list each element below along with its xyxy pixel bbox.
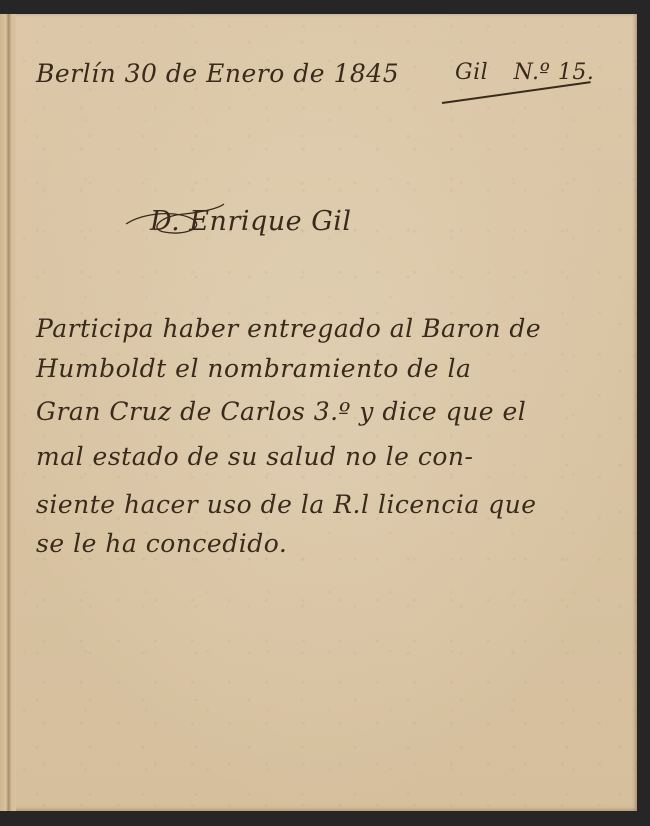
body-line: Gran Cruz de Carlos 3.º y dice que el (36, 397, 526, 426)
binding-fold (0, 14, 16, 811)
reference-initial: Gil (455, 60, 488, 85)
reference-number: Gil N.º 15. (455, 60, 594, 85)
dateline: Berlín 30 de Enero de 1845 (36, 59, 399, 88)
body-line: Participa haber entregado al Baron de (36, 314, 541, 343)
body-line: mal estado de su salud no le con- (36, 442, 473, 471)
body-line: se le ha concedido. (36, 529, 287, 558)
manuscript-page: Berlín 30 de Enero de 1845 Gil N.º 15. D… (0, 14, 637, 811)
body-line: Humboldt el nombramiento de la (36, 354, 471, 383)
body-line: siente hacer uso de la R.l licencia que (36, 490, 537, 519)
addressee: D. Enrique Gil (150, 206, 352, 237)
